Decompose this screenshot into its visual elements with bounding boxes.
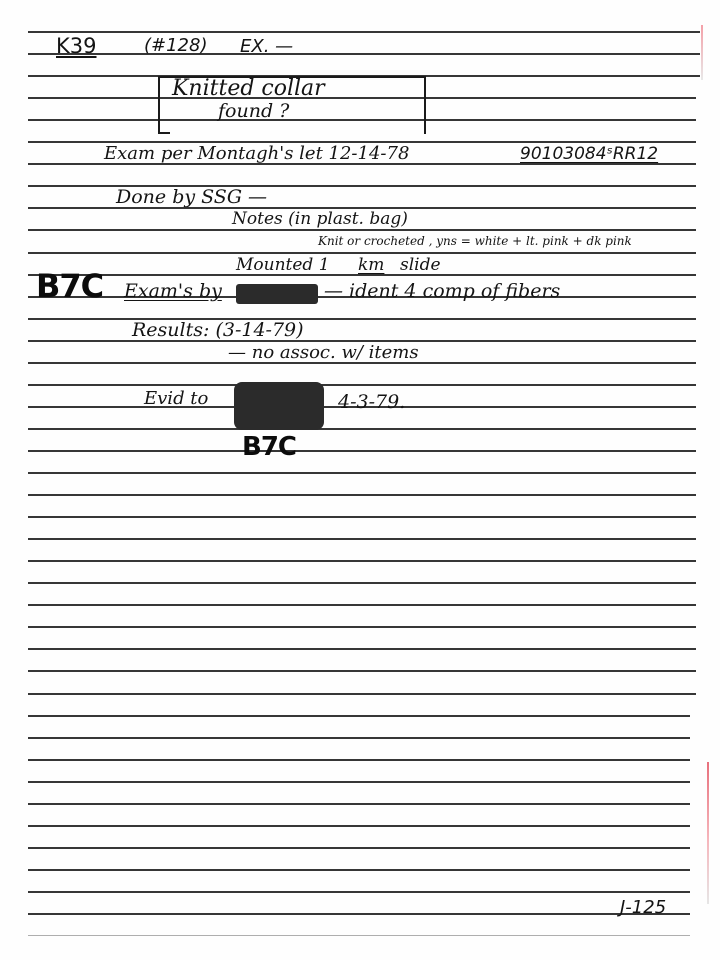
ruled-line xyxy=(28,538,696,540)
ruled-line xyxy=(28,582,696,584)
exhibit-label: EX. — xyxy=(240,38,293,56)
ruled-line xyxy=(28,384,696,386)
ruled-line xyxy=(28,318,696,320)
exams-by-label: Exam's by xyxy=(124,282,222,301)
ruled-line xyxy=(28,913,690,915)
ruled-line xyxy=(28,560,696,562)
redaction-block xyxy=(236,284,318,304)
ruled-line xyxy=(28,626,696,628)
notebook-page: K39 (#128) EX. — Knitted collar found ? … xyxy=(0,0,720,960)
ruled-line xyxy=(28,825,690,827)
ruled-line xyxy=(28,670,696,672)
ruled-line xyxy=(28,935,690,936)
results-heading: Results: (3-14-79) xyxy=(132,321,304,340)
exam-request-line: Exam per Montagh's let 12-14-78 xyxy=(104,145,409,163)
ruled-line xyxy=(28,53,700,55)
b7c-mark: B7C xyxy=(242,434,296,460)
note-bracket-bottom-left xyxy=(158,132,170,134)
evidence-label: Evid to xyxy=(144,390,208,408)
mounted-prefix: Mounted 1 xyxy=(236,257,330,274)
ruled-line xyxy=(28,869,690,871)
edge-mark-bottom xyxy=(707,762,709,904)
exams-by-suffix: — ident 4 comp of fibers xyxy=(324,282,560,301)
specimen-id: K39 xyxy=(56,36,97,57)
boxed-note-line2: found ? xyxy=(218,102,289,121)
file-number: 90103084ˢRR12 xyxy=(520,146,658,163)
ruled-line xyxy=(28,803,690,805)
ruled-line xyxy=(28,31,700,33)
ruled-line xyxy=(28,715,690,717)
ruled-line xyxy=(28,781,690,783)
ruled-line xyxy=(28,693,696,695)
results-detail: — no assoc. w/ items xyxy=(228,344,419,362)
notes-heading: Notes (in plast. bag) xyxy=(232,211,408,228)
evidence-date: 4-3-79. xyxy=(338,393,405,412)
ruled-line xyxy=(28,847,690,849)
ruled-line xyxy=(28,472,696,474)
item-number: (#128) xyxy=(144,37,207,55)
done-by: Done by SSG — xyxy=(116,188,267,207)
ruled-line xyxy=(28,759,690,761)
ruled-line xyxy=(28,648,696,650)
boxed-note-line1: Knitted collar xyxy=(172,78,325,100)
ruled-line xyxy=(28,428,696,430)
ruled-line xyxy=(28,516,696,518)
b7c-margin-mark: B7C xyxy=(36,270,103,302)
notes-detail: Knit or crocheted , yns = white + lt. pi… xyxy=(318,235,632,247)
edge-mark-top xyxy=(701,25,703,80)
mounted-underlined: km xyxy=(358,257,384,274)
redaction-block-evidence xyxy=(234,382,324,430)
page-number: J-125 xyxy=(620,899,666,917)
mounted-suffix: slide xyxy=(400,257,441,274)
ruled-line xyxy=(28,229,696,231)
ruled-line xyxy=(28,252,696,254)
ruled-line xyxy=(28,737,690,739)
ruled-line xyxy=(28,450,696,452)
ruled-line xyxy=(28,891,690,893)
ruled-line xyxy=(28,604,696,606)
ruled-line xyxy=(28,494,696,496)
